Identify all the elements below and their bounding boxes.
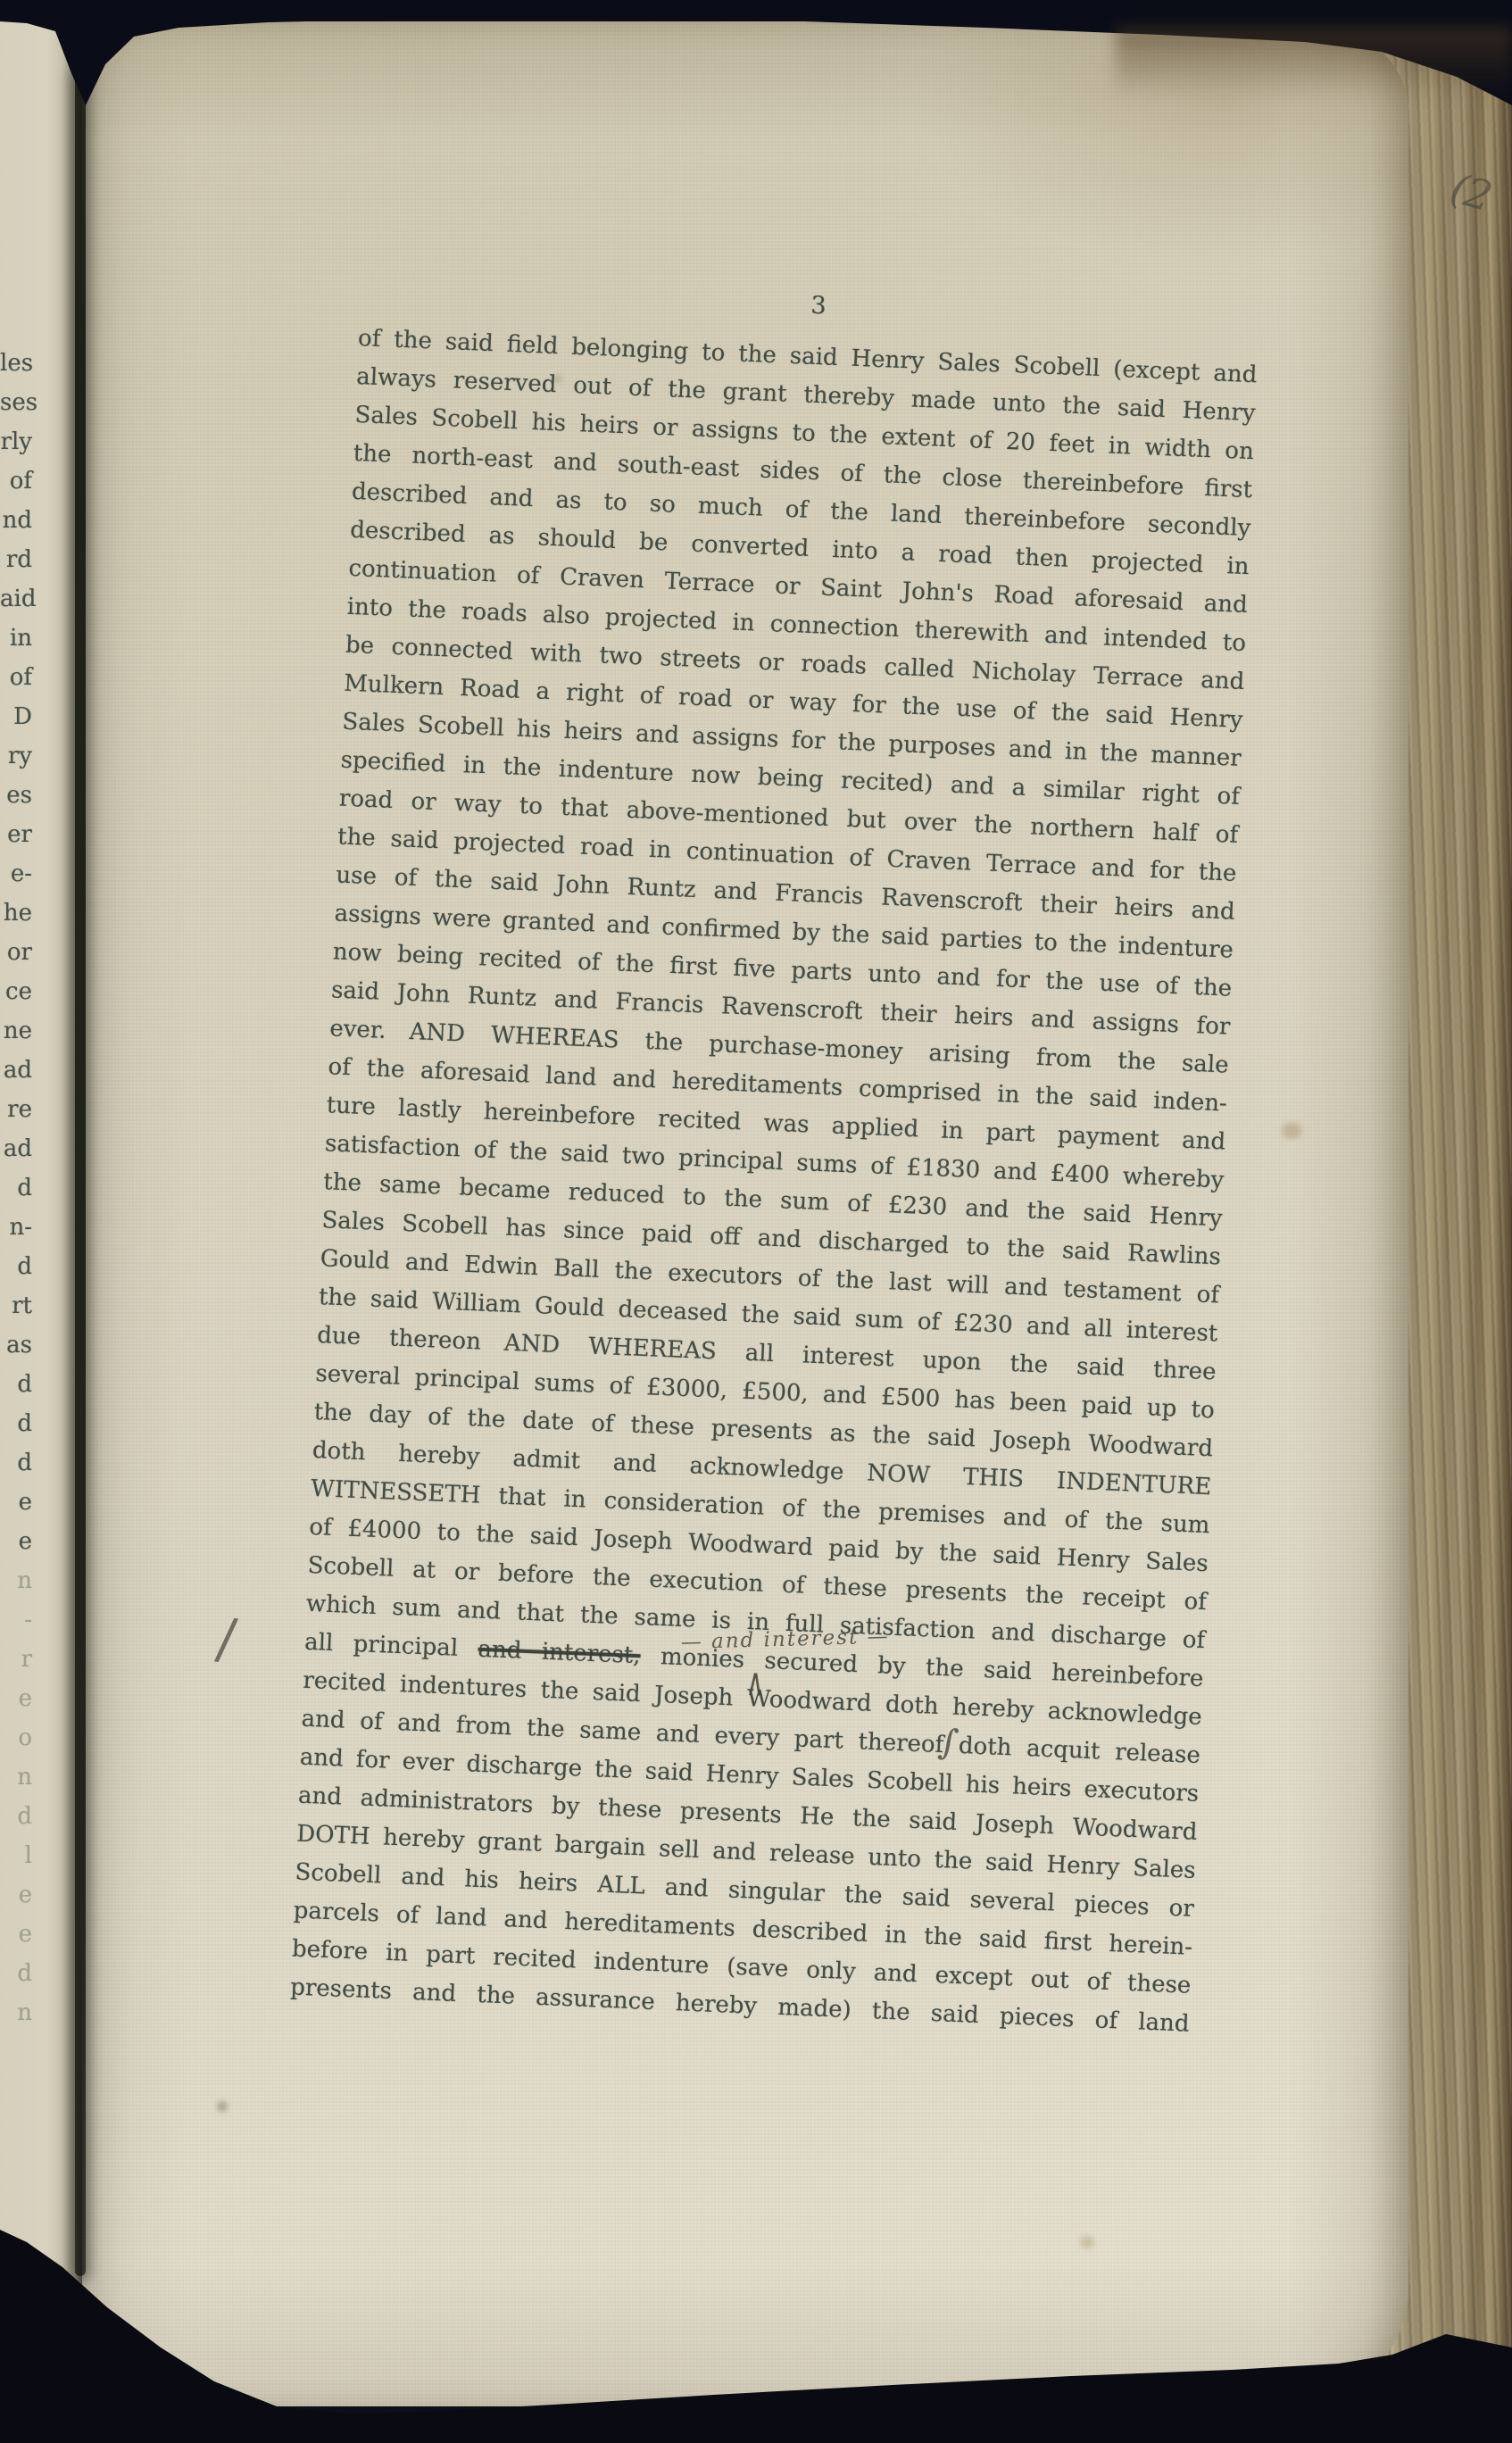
facing-page-fragment: or — [0, 934, 32, 972]
facing-page-fragment: he — [0, 894, 32, 933]
paper-stain — [217, 2101, 228, 2112]
facing-page-fragment: rly — [0, 423, 32, 461]
handwritten-interlineation: — and interest — — [680, 1617, 890, 1662]
facing-page-fragment: n- — [0, 1209, 32, 1247]
facing-page-fragment: d — [0, 1248, 32, 1286]
text-lines: of the said field belonging to the said … — [289, 320, 1258, 2044]
facing-page-fragment: e — [0, 1523, 32, 1561]
facing-page-fragment: l — [0, 1837, 32, 1875]
facing-page-fragment: d — [0, 1444, 32, 1483]
page-text: 3 / of the said field belonging to the s… — [289, 320, 1258, 2044]
facing-page-fragment: e — [0, 1915, 32, 1954]
facing-page-fragment: n — [0, 1562, 32, 1600]
facing-page-fragment: e — [0, 1483, 32, 1522]
facing-page-fragments: lessesrlyofndrdaidinofDryesere-heorcenea… — [0, 0, 54, 2443]
facing-page-fragment: rt — [0, 1287, 32, 1325]
facing-page-fragment: n — [0, 1994, 32, 2032]
caret-mark: ∧ — [746, 1664, 766, 1702]
book-photo: lessesrlyofndrdaidinofDryesere-heorcenea… — [0, 0, 1512, 2443]
facing-page-fragment: e- — [0, 855, 32, 893]
facing-page-fragment: ce — [0, 973, 32, 1011]
facing-page-fragment: in — [0, 619, 32, 658]
facing-page-fragment: - — [0, 1601, 32, 1640]
facing-page-fragment: D — [0, 698, 32, 736]
text-segment: monies— and interest —∧ — [640, 1642, 745, 1674]
facing-page-fragment: ad — [0, 1130, 32, 1168]
struck-text: and interest, — [478, 1636, 641, 1669]
facing-page-fragment: ses — [0, 384, 32, 422]
facing-page-fragment: d — [0, 1169, 32, 1208]
facing-page-fragment: ne — [0, 1012, 32, 1051]
facing-page-fragment: aid — [0, 580, 32, 619]
facing-page-fragment: e — [0, 1876, 32, 1915]
paper-stain — [1282, 1123, 1301, 1139]
facing-page-fragment: d — [0, 1798, 32, 1836]
text-segment: all principal — [304, 1629, 479, 1663]
facing-page-fragment: d — [0, 1955, 32, 1993]
facing-page-fragment: r — [0, 1641, 32, 1679]
facing-page-fragment: re — [0, 1091, 32, 1129]
facing-page-fragment: of — [0, 462, 32, 501]
paper-stain — [1080, 2236, 1094, 2248]
facing-page-fragment: rd — [0, 541, 32, 579]
facing-page-fragment: n — [0, 1758, 32, 1797]
facing-page-fragment: e — [0, 1680, 32, 1718]
page-number: 3 — [798, 291, 838, 320]
facing-page-fragment: d — [0, 1405, 32, 1443]
facing-page-fragment: ry — [0, 737, 32, 776]
facing-page-fragment: es — [0, 777, 32, 815]
facing-page-fragment: nd — [0, 502, 32, 540]
facing-page-fragment: les — [0, 345, 32, 383]
facing-page-fragment: ad — [0, 1051, 32, 1090]
facing-page-fragment: as — [0, 1326, 32, 1365]
facing-page-fragment: d — [0, 1366, 32, 1404]
facing-page-fragment: er — [0, 816, 32, 854]
gutter-shadow — [75, 71, 86, 2276]
facing-page-fragment: of — [0, 659, 32, 697]
facing-page-fragment: o — [0, 1719, 32, 1757]
text-segment: doth acquit release — [943, 1732, 1201, 1769]
cover-edge-blur — [1116, 27, 1512, 98]
